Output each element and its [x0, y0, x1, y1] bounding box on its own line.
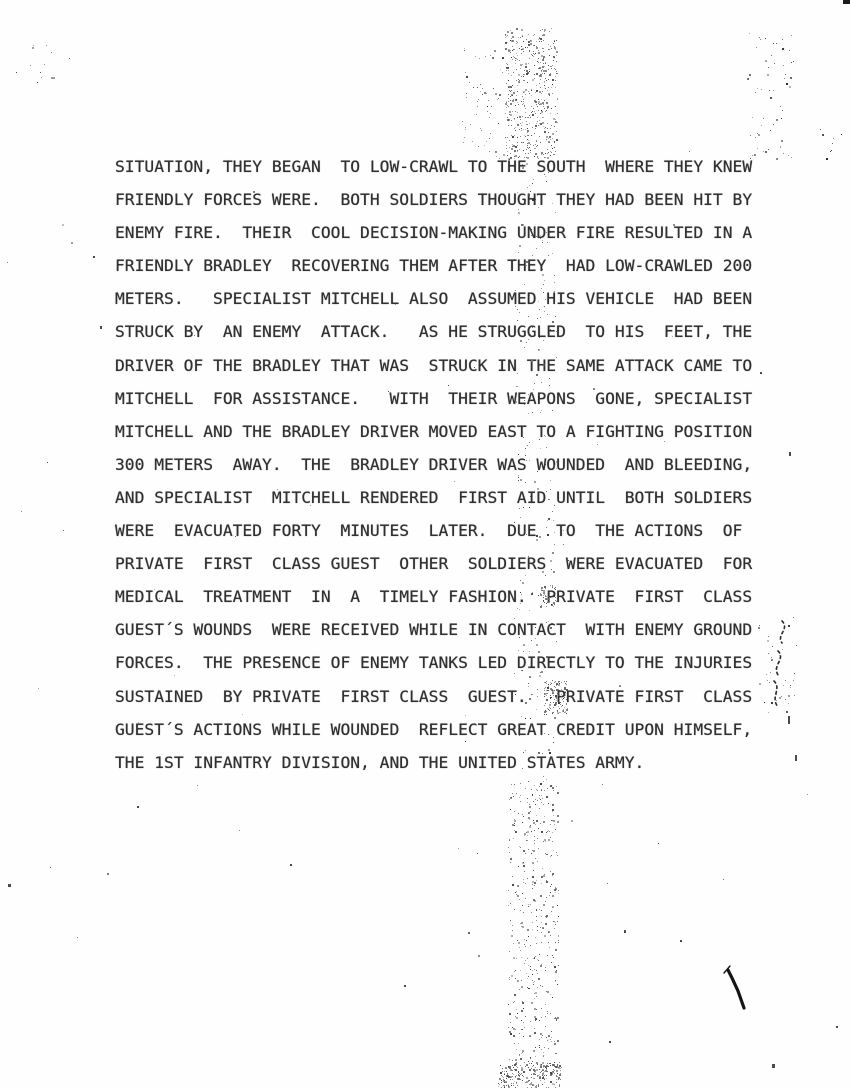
document-page: SITUATION, THEY BEGAN TO LOW-CRAWL TO TH…	[0, 0, 850, 1088]
text-line: FRIENDLY FORCES WERE. BOTH SOLDIERS THOU…	[115, 183, 805, 216]
text-line: SITUATION, THEY BEGAN TO LOW-CRAWL TO TH…	[115, 150, 805, 183]
text-line: AND SPECIALIST MITCHELL RENDERED FIRST A…	[115, 481, 805, 514]
text-line: STRUCK BY AN ENEMY ATTACK. AS HE STRUGGL…	[115, 315, 805, 348]
text-line: 300 METERS AWAY. THE BRADLEY DRIVER WAS …	[115, 448, 805, 481]
text-line: MITCHELL AND THE BRADLEY DRIVER MOVED EA…	[115, 415, 805, 448]
text-line: GUEST´S ACTIONS WHILE WOUNDED REFLECT GR…	[115, 713, 805, 746]
typewritten-text-block: SITUATION, THEY BEGAN TO LOW-CRAWL TO TH…	[115, 150, 805, 779]
text-line: SUSTAINED BY PRIVATE FIRST CLASS GUEST. …	[115, 680, 805, 713]
text-line: WERE EVACUATED FORTY MINUTES LATER. DUE …	[115, 514, 805, 547]
text-line: ENEMY FIRE. THEIR COOL DECISION-MAKING U…	[115, 216, 805, 249]
text-line: MITCHELL FOR ASSISTANCE. WITH THEIR WEAP…	[115, 382, 805, 415]
text-line: FORCES. THE PRESENCE OF ENEMY TANKS LED …	[115, 646, 805, 679]
text-line: FRIENDLY BRADLEY RECOVERING THEM AFTER T…	[115, 249, 805, 282]
text-line: GUEST´S WOUNDS WERE RECEIVED WHILE IN CO…	[115, 613, 805, 646]
text-line: DRIVER OF THE BRADLEY THAT WAS STRUCK IN…	[115, 349, 805, 382]
text-line: METERS. SPECIALIST MITCHELL ALSO ASSUMED…	[115, 282, 805, 315]
text-line: PRIVATE FIRST CLASS GUEST OTHER SOLDIERS…	[115, 547, 805, 580]
text-line: MEDICAL TREATMENT IN A TIMELY FASHION. P…	[115, 580, 805, 613]
scanned-document: { "colors": { "ink": "#303030", "paper":…	[0, 0, 850, 1088]
pen-mark-bottom-stroke	[716, 962, 754, 1018]
text-line: THE 1ST INFANTRY DIVISION, AND THE UNITE…	[115, 746, 805, 779]
scan-edge-mark	[843, 0, 850, 4]
